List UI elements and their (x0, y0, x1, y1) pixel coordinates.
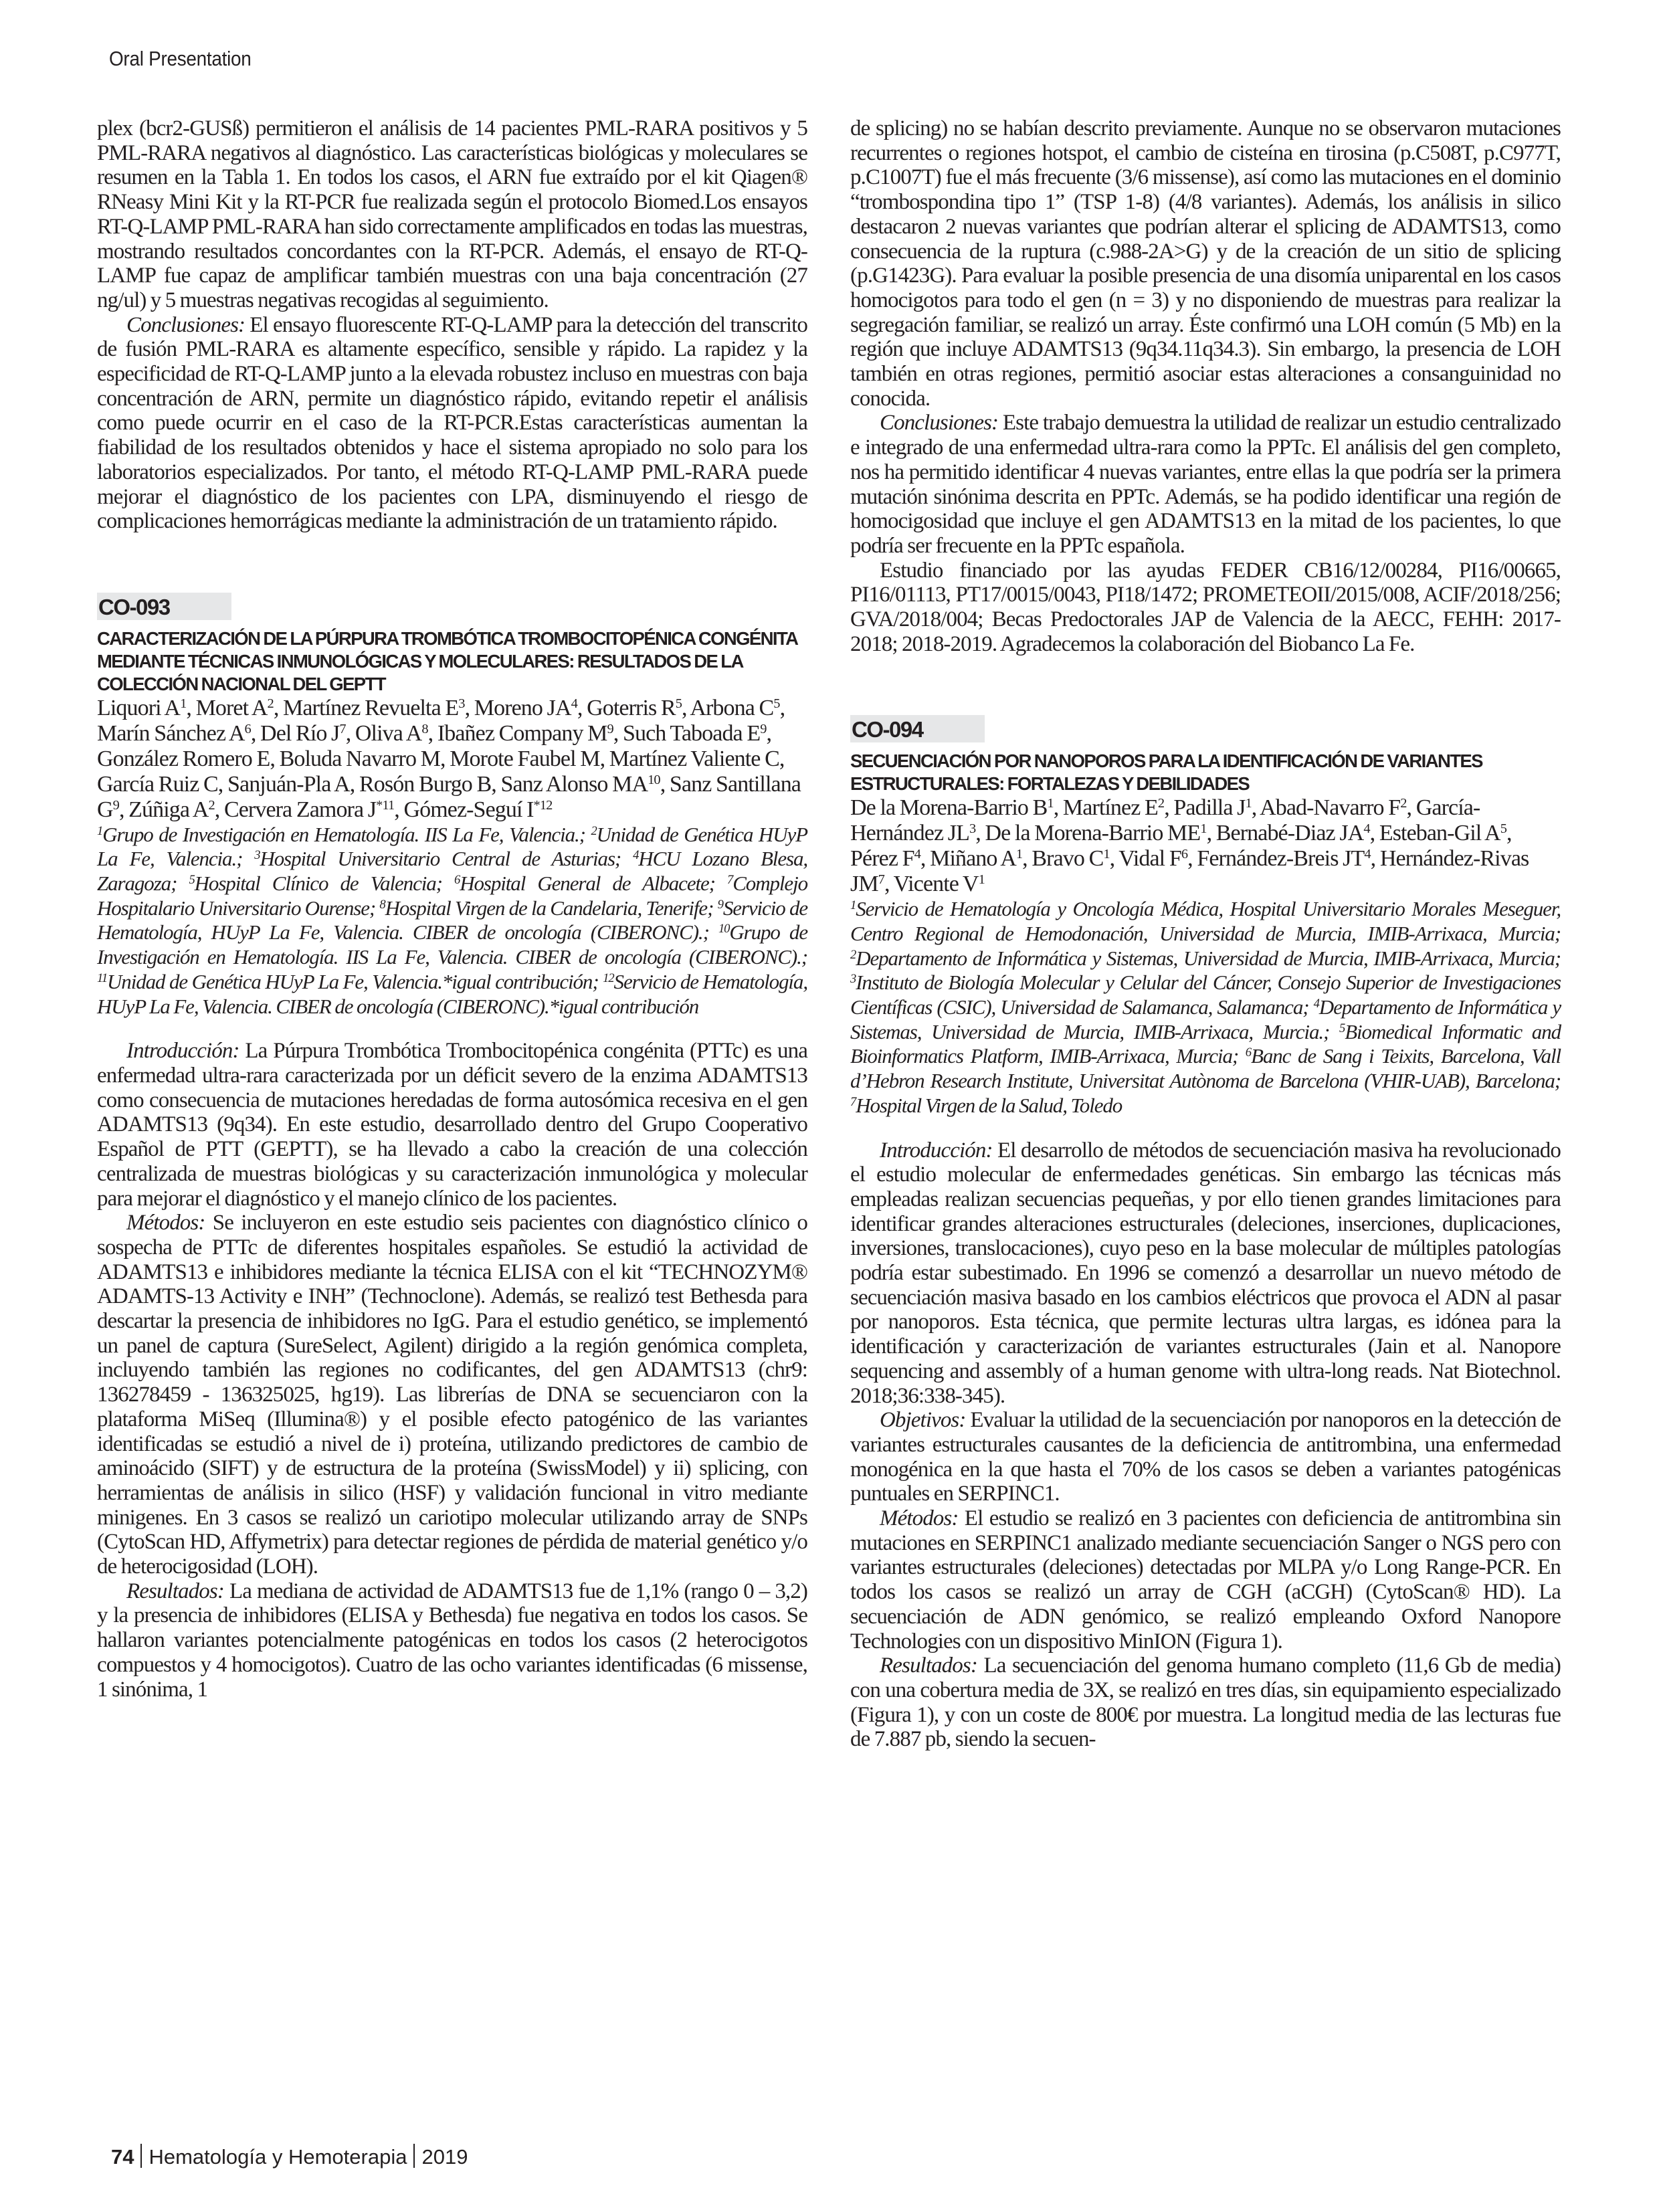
affiliation-number: 1 (97, 823, 102, 837)
author-affiliation-ref: 3 (969, 821, 975, 836)
author-name: Rosón Burgo B (359, 772, 491, 797)
affiliation-number: 6 (1246, 1045, 1251, 1060)
section-label: Introducción: (126, 1039, 239, 1063)
author-name: Arbona C (690, 696, 773, 720)
affiliation-number: 6 (454, 873, 460, 887)
abstract-authors: De la Morena-Barrio B1, Martínez E2, Pad… (850, 795, 1561, 897)
author-affiliation-ref: 7 (339, 721, 345, 736)
author-name: Moret A (196, 696, 268, 720)
author-affiliation-ref: 7 (878, 872, 884, 887)
section-metodos: Métodos: Se incluyeron en este estudio s… (97, 1211, 807, 1579)
author-affiliation-ref: 4 (1364, 847, 1370, 862)
affiliation-text: Unidad de Genética HUyP La Fe, Valencia.… (107, 970, 603, 993)
author-affiliation-ref: 4 (914, 847, 920, 862)
author-name: Bernabé-Diaz JA (1216, 821, 1364, 845)
author-affiliation-ref: *11 (376, 797, 394, 812)
author-affiliation-ref: *12 (534, 797, 553, 812)
affiliation-number: 3 (850, 972, 856, 986)
author-name: Vicente V (894, 872, 979, 896)
abstract-title: Caracterización de la púrpura trombótica… (97, 627, 807, 696)
left-column: plex (bcr2-GUSß) permitieron el análisis… (97, 116, 807, 1702)
author-name: González Romero E (97, 746, 270, 771)
affiliation-number: 5 (1339, 1021, 1345, 1035)
author-affiliation-ref: 2 (1158, 796, 1164, 811)
author-name: Goterris R (587, 696, 676, 720)
affiliation-number: 7 (850, 1095, 856, 1109)
author-affiliation-ref: 1 (1016, 847, 1022, 862)
section-introduccion: Introducción: La Púrpura Trombótica Trom… (97, 1039, 807, 1211)
author-affiliation-ref: 1 (1200, 821, 1206, 836)
prev-abstract-results-tail: plex (bcr2-GUSß) permitieron el análisis… (97, 116, 807, 313)
section-label: Resultados: (126, 1579, 224, 1603)
author-name: Sanjuán-Pla A (227, 772, 350, 797)
affiliation-number: 2 (591, 823, 596, 837)
author-name: Gómez-Seguí I (403, 797, 533, 822)
affiliation-text: Hospital Virgen de la Salud, Toledo (856, 1094, 1122, 1117)
author-affiliation-ref: 2 (208, 797, 214, 812)
affiliation-text: Hospital Virgen de la Candelaria, Teneri… (385, 896, 718, 920)
author-affiliation-ref: 5 (676, 696, 682, 710)
author-name: Zúñiga A (128, 797, 208, 822)
author-name: Cervera Zamora J (224, 797, 376, 822)
co093-conclusions: Conclusiones: Este trabajo demuestra la … (850, 411, 1561, 558)
affiliation-text: Hospital Clínico de Valencia; (195, 872, 454, 895)
author-affiliation-ref: 3 (458, 696, 464, 710)
abstract-body: Introducción: El desarrollo de métodos d… (850, 1138, 1561, 1752)
section-introduccion: Introducción: El desarrollo de métodos d… (850, 1138, 1561, 1409)
author-affiliation-ref: 1 (1047, 796, 1053, 811)
author-affiliation-ref: 9 (113, 797, 119, 812)
affiliation-number: 11 (97, 971, 107, 985)
section-text: Se incluyeron en este estudio seis pacie… (97, 1211, 807, 1579)
author-name: Morote Faubel M (450, 746, 599, 771)
author-name: De la Morena-Barrio B (850, 795, 1047, 820)
affiliation-number: 1 (850, 898, 856, 912)
author-affiliation-ref: 4 (571, 696, 577, 710)
affiliation-text: Grupo de Investigación en Hematología. I… (102, 823, 591, 846)
affiliation-number: 9 (718, 898, 723, 912)
author-affiliation-ref: 2 (268, 696, 274, 710)
abstract-co-094: CO-094 Secuenciación por nanoporos para … (850, 715, 1561, 1752)
author-name: Liquori A (97, 696, 180, 720)
author-name: Moreno JA (474, 696, 571, 720)
journal-name: Hematología y Hemoterapia (149, 2145, 407, 2169)
conclusions-label: Conclusiones: (880, 411, 998, 435)
author-affiliation-ref: 9 (607, 721, 613, 736)
author-name: García Ruiz C (97, 772, 218, 797)
author-name: Martínez Valiente C (609, 746, 779, 771)
author-affiliation-ref: 9 (760, 721, 766, 736)
abstract-co-093: CO-093 Caracterización de la púrpura tro… (97, 593, 807, 1702)
section-metodos: Métodos: El estudio se realizó en 3 paci… (850, 1506, 1561, 1653)
abstract-title: Secuenciación por nanoporos para la iden… (850, 750, 1561, 795)
author-name: Marín Sánchez A (97, 721, 245, 746)
right-column: de splicing) no se habían descrito previ… (850, 116, 1561, 1752)
abstract-body: Introducción: La Púrpura Trombótica Trom… (97, 1039, 807, 1702)
author-name: Esteban-Gil A (1379, 821, 1500, 845)
section-text: El desarrollo de métodos de secuenciació… (850, 1138, 1561, 1408)
author-affiliation-ref: 4 (1363, 821, 1369, 836)
author-name: Ibañez Company M (437, 721, 607, 746)
affiliation-text: Hospital Universitario Central de Asturi… (260, 847, 633, 870)
author-affiliation-ref: 2 (1400, 796, 1406, 811)
affiliation-text: Servicio de Hematología y Oncología Médi… (850, 897, 1561, 945)
journal-year: 2019 (421, 2145, 468, 2169)
author-affiliation-ref: 8 (421, 721, 427, 736)
author-name: Oliva A (355, 721, 421, 746)
author-affiliation-ref: 6 (245, 721, 251, 736)
running-header: Oral Presentation (109, 47, 252, 71)
abstract-authors: Liquori A1, Moret A2, Martínez Revuelta … (97, 696, 807, 823)
author-name: Fernández-Breis JT (1197, 846, 1364, 871)
abstract-affiliations: 1Servicio de Hematología y Oncología Méd… (850, 897, 1561, 1118)
author-name: De la Morena-Barrio ME (985, 821, 1200, 845)
author-name: Bravo C (1032, 846, 1103, 871)
abstract-id-badge: CO-093 (97, 593, 231, 620)
author-name: Martínez Revuelta E (283, 696, 458, 720)
affiliation-number: 8 (379, 898, 385, 912)
author-name: Martínez E (1063, 795, 1158, 820)
abstract-id-badge: CO-094 (850, 715, 985, 742)
conclusions-label: Conclusiones: (126, 313, 245, 337)
abstract-affiliations: 1Grupo de Investigación en Hematología. … (97, 823, 807, 1019)
author-name: Vidal F (1118, 846, 1181, 871)
footer-divider (140, 2144, 142, 2168)
author-name: Sanz Alonso MA (500, 772, 648, 797)
author-affiliation-ref: 1 (979, 872, 985, 887)
affiliation-text: Departamento de Informática y Sistemas, … (856, 946, 1561, 970)
prev-abstract-conclusions: Conclusiones: El ensayo fluorescente RT-… (97, 313, 807, 534)
affiliation-number: 5 (189, 873, 194, 887)
author-name: Such Taboada E (623, 721, 760, 746)
affiliation-number: 10 (718, 922, 729, 936)
author-affiliation-ref: 5 (1500, 821, 1506, 836)
author-affiliation-ref: 10 (648, 772, 660, 787)
section-label: Métodos: (126, 1211, 205, 1235)
section-resultados: Resultados: La mediana de actividad de A… (97, 1579, 807, 1702)
footer-divider (413, 2144, 415, 2168)
conclusions-text: El ensayo fluorescente RT-Q-LAMP para la… (97, 313, 807, 534)
affiliation-number: 2 (850, 947, 856, 961)
section-label: Métodos: (880, 1506, 958, 1530)
author-name: Padilla J (1173, 795, 1245, 820)
page-number: 74 (111, 2145, 134, 2169)
section-label: Objetivos: (880, 1408, 965, 1432)
author-name: Miñano A (930, 846, 1016, 871)
section-objetivos: Objetivos: Evaluar la utilidad de la sec… (850, 1408, 1561, 1506)
author-affiliation-ref: 1 (1103, 847, 1109, 862)
affiliation-number: 12 (603, 971, 613, 985)
author-name: Abad-Navarro F (1260, 795, 1400, 820)
section-label: Introducción: (880, 1138, 993, 1163)
section-resultados: Resultados: La secuenciación del genoma … (850, 1653, 1561, 1752)
author-affiliation-ref: 5 (773, 696, 779, 710)
author-name: Pérez F (850, 846, 914, 871)
author-name: Del Río J (260, 721, 339, 746)
author-name: Boluda Navarro M (280, 746, 440, 771)
author-affiliation-ref: 6 (1181, 847, 1187, 862)
section-label: Resultados: (880, 1653, 977, 1678)
co093-funding: Estudio financiado por las ayudas FEDER … (850, 559, 1561, 657)
author-affiliation-ref: 1 (1245, 796, 1251, 811)
section-text: La Púrpura Trombótica Trombocitopénica c… (97, 1039, 807, 1210)
affiliation-number: 7 (727, 873, 733, 887)
affiliation-text: Hospital General de Albacete; (460, 872, 727, 895)
affiliation-number: 4 (1314, 997, 1319, 1011)
page-footer: 74Hematología y Hemoterapia2019 (111, 2144, 468, 2169)
co093-results-continued: de splicing) no se habían descrito previ… (850, 116, 1561, 411)
author-affiliation-ref: 1 (180, 696, 186, 710)
